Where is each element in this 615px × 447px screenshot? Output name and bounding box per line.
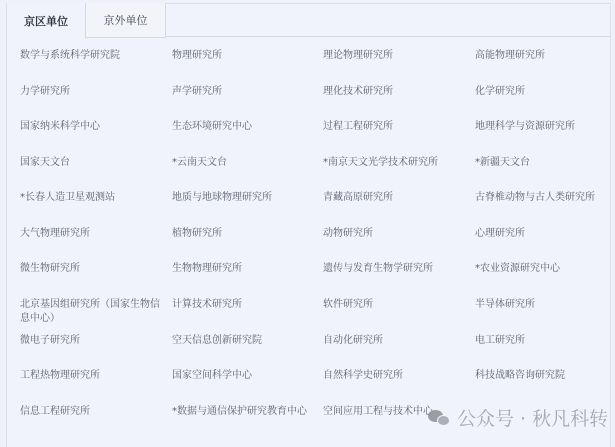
- institute-link[interactable]: 国家空间科学中心: [172, 369, 323, 405]
- institute-link[interactable]: 国家天文台: [20, 156, 172, 192]
- institute-link[interactable]: 大气物理研究所: [20, 227, 172, 263]
- institute-link[interactable]: 生态环境研究中心: [172, 120, 323, 156]
- institute-link[interactable]: 地质与地球物理研究所: [172, 191, 323, 227]
- institute-link[interactable]: 电工研究所: [475, 334, 615, 370]
- tab-beijing-units[interactable]: 京区单位: [7, 3, 86, 39]
- institute-link[interactable]: 科技战略咨询研究院: [475, 369, 615, 405]
- institute-link[interactable]: 计算技术研究所: [172, 298, 323, 334]
- grid-row: 微电子研究所 空天信息创新研究院 自动化研究所 电工研究所: [20, 334, 615, 370]
- institute-link[interactable]: *新疆天文台: [475, 156, 615, 192]
- institute-link[interactable]: *南京天文光学技术研究所: [323, 156, 475, 192]
- institute-link[interactable]: 高能物理研究所: [475, 49, 615, 85]
- institute-link[interactable]: 植物研究所: [172, 227, 323, 263]
- grid-row: 微生物研究所 生物物理研究所 遗传与发育生物学研究所 *农业资源研究中心: [20, 262, 615, 298]
- institute-link[interactable]: 化学研究所: [475, 85, 615, 121]
- grid-row: 工程热物理研究所 国家空间科学中心 自然科学史研究所 科技战略咨询研究院: [20, 369, 615, 405]
- institute-link[interactable]: 生物物理研究所: [172, 262, 323, 298]
- grid-row: 国家纳米科学中心 生态环境研究中心 过程工程研究所 地理科学与资源研究所: [20, 120, 615, 156]
- institute-link[interactable]: 物理研究所: [172, 49, 323, 85]
- grid-row: *长春人造卫星观测站 地质与地球物理研究所 青藏高原研究所 古脊椎动物与古人类研…: [20, 191, 615, 227]
- tab-bar: 京区单位 京外单位: [7, 3, 610, 37]
- wechat-icon: [428, 409, 452, 427]
- institute-link[interactable]: 动物研究所: [323, 227, 475, 263]
- watermark-text: 公众号 · 秋凡科转: [457, 404, 608, 431]
- institute-link[interactable]: 国家纳米科学中心: [20, 120, 172, 156]
- grid-row: 大气物理研究所 植物研究所 动物研究所 心理研究所: [20, 227, 615, 263]
- grid-row: 力学研究所 声学研究所 理化技术研究所 化学研究所: [20, 85, 615, 121]
- institute-link[interactable]: 古脊椎动物与古人类研究所: [475, 191, 615, 227]
- watermark: 公众号 · 秋凡科转: [428, 404, 608, 431]
- institute-link[interactable]: 工程热物理研究所: [20, 369, 172, 405]
- institute-link[interactable]: *农业资源研究中心: [475, 262, 615, 298]
- institute-link[interactable]: 声学研究所: [172, 85, 323, 121]
- institute-link[interactable]: 力学研究所: [20, 85, 172, 121]
- grid-row: 国家天文台 *云南天文台 *南京天文光学技术研究所 *新疆天文台: [20, 156, 615, 192]
- grid-row: 数学与系统科学研究院 物理研究所 理论物理研究所 高能物理研究所: [20, 49, 615, 85]
- institute-link[interactable]: 理化技术研究所: [323, 85, 475, 121]
- institute-link[interactable]: 自然科学史研究所: [323, 369, 475, 405]
- institute-link[interactable]: 心理研究所: [475, 227, 615, 263]
- institute-link[interactable]: *长春人造卫星观测站: [20, 191, 172, 227]
- institute-link[interactable]: 数学与系统科学研究院: [20, 49, 172, 85]
- institute-link[interactable]: 理论物理研究所: [323, 49, 475, 85]
- institute-link[interactable]: 信息工程研究所: [20, 405, 172, 441]
- institute-link[interactable]: 青藏高原研究所: [323, 191, 475, 227]
- institute-link[interactable]: 地理科学与资源研究所: [475, 120, 615, 156]
- institute-link[interactable]: 软件研究所: [323, 298, 475, 334]
- institute-link[interactable]: *云南天文台: [172, 156, 323, 192]
- grid-row: 北京基因组研究所（国家生物信息中心） 计算技术研究所 软件研究所 半导体研究所: [20, 298, 615, 334]
- institute-link[interactable]: *数据与通信保护研究教育中心: [172, 405, 323, 441]
- institute-link[interactable]: 北京基因组研究所（国家生物信息中心）: [20, 298, 172, 334]
- institute-link[interactable]: 微生物研究所: [20, 262, 172, 298]
- institute-link[interactable]: 过程工程研究所: [323, 120, 475, 156]
- institute-panel: 京区单位 京外单位 数学与系统科学研究院 物理研究所 理论物理研究所 高能物理研…: [6, 3, 611, 447]
- institute-link[interactable]: 自动化研究所: [323, 334, 475, 370]
- institute-link[interactable]: 半导体研究所: [475, 298, 615, 334]
- institute-link[interactable]: 微电子研究所: [20, 334, 172, 370]
- institute-grid: 数学与系统科学研究院 物理研究所 理论物理研究所 高能物理研究所 力学研究所 声…: [20, 49, 615, 440]
- institute-link[interactable]: 遗传与发育生物学研究所: [323, 262, 475, 298]
- tab-non-beijing-units[interactable]: 京外单位: [86, 3, 166, 38]
- institute-link[interactable]: 空天信息创新研究院: [172, 334, 323, 370]
